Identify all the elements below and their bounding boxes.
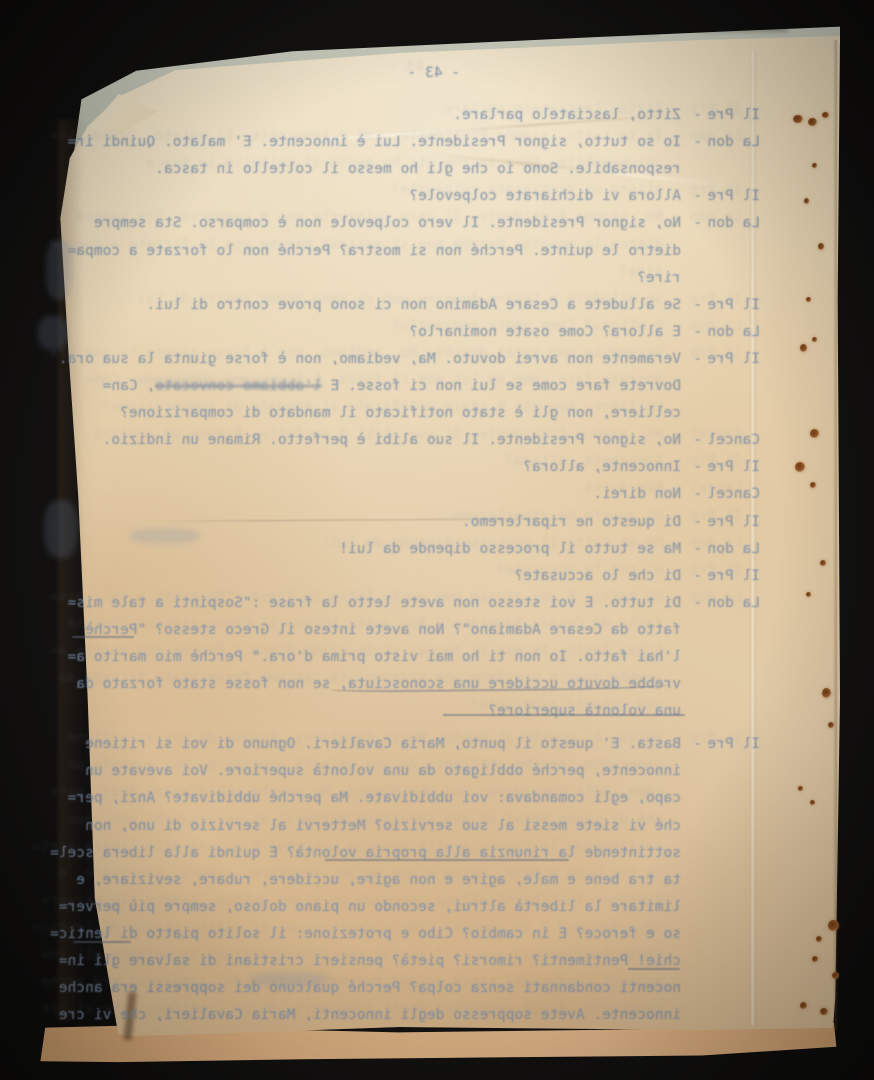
line-text: Ma se tutto il processo dipende da lui! <box>339 541 681 557</box>
line-text: Di questo ne riparleremo. <box>462 514 681 530</box>
speaker-separator: - <box>693 102 702 129</box>
dialogue-line: ché vi siete messi al suo servizio? Mett… <box>62 813 760 840</box>
rust-spot <box>800 1002 807 1009</box>
rust-spot <box>822 112 829 118</box>
dialogue-line: Il Pre-Innocente, allora? <box>62 454 760 481</box>
dialogue-line: Il Pre-Basta. E' questo il punto, Maria … <box>62 731 760 758</box>
rust-spot <box>806 592 811 597</box>
rust-spot <box>832 972 839 979</box>
line-text: innocente. Avete soppresso degli innocen… <box>59 1007 681 1023</box>
dialogue-line: sottintende la rinunzia alla propria vol… <box>62 840 760 867</box>
dialogue-line: rire? <box>62 265 760 292</box>
under-sheet-ink-smudge <box>578 27 658 34</box>
rust-spot <box>812 956 818 962</box>
line-text: so e feroce? E in cambio? Cibo e protezi… <box>50 926 681 942</box>
line-text: Basta. E' questo il punto, Maria Cavalie… <box>85 736 681 752</box>
rust-spot <box>816 936 822 942</box>
speaker-separator: - <box>693 210 702 237</box>
speaker-label: Il Pre <box>707 292 760 319</box>
line-text: Non direi. <box>593 486 681 502</box>
struck-out-text: l'abbiamo convocato <box>155 378 322 394</box>
dialogue-line: limitare la libertà altrui, secondo un p… <box>62 894 760 921</box>
rust-spot <box>798 786 803 791</box>
pencil-underline <box>443 714 685 716</box>
speaker-separator: - <box>693 454 702 481</box>
under-sheet-ink-smudge <box>698 25 788 32</box>
ink-smear <box>44 500 78 558</box>
dialogue-line: l'hai fatto. Io non ti ho mai visto prim… <box>62 644 760 671</box>
speaker-label: La don <box>707 536 760 563</box>
speaker-separator: - <box>693 563 702 590</box>
dialogue-line: Il Pre-Veramente non avrei dovuto. Ma, v… <box>62 346 760 373</box>
speaker-label: La don <box>707 129 760 156</box>
line-text: No, signor Presidente. Il vero colpevole… <box>94 215 681 231</box>
line-text: fatto da Cesare Adamiano"? Non avete int… <box>85 622 681 638</box>
dialogue-line: Dovrete fare come se lui non ci fosse. E… <box>62 373 760 400</box>
line-text: responsabile. Sono io che gli ho messo i… <box>155 161 681 177</box>
line-text: Io so tutto, signor Presidente. Lui è in… <box>68 134 681 150</box>
rust-spot <box>820 560 826 566</box>
rust-spot <box>818 243 824 250</box>
paper-edge-line <box>833 40 837 1030</box>
dialogue-line: La don-Di tutto. E voi stesso non avete … <box>62 590 760 617</box>
line-text: Di che lo accusate? <box>514 568 681 584</box>
line-text: Innocente, allora? <box>523 459 681 475</box>
dialogue-line: Cancel-Non direi. <box>62 481 760 508</box>
dialogue-line: capo, egli comandava: voi ubbidivate. Ma… <box>62 785 760 812</box>
line-text: E allora? Come osate nominarlo? <box>409 324 681 340</box>
rust-spot <box>828 920 839 931</box>
dialogue-line: fatto da Cesare Adamiano"? Non avete int… <box>62 617 760 644</box>
line-text: celliere, non gli è stato notificato il … <box>120 405 681 421</box>
speaker-label: Il Pre <box>707 183 760 210</box>
speaker-separator: - <box>693 183 702 210</box>
speaker-label: La don <box>707 319 760 346</box>
dialogue-line: Il Pre-Di che lo accusate? <box>62 563 760 590</box>
dialogue-line: responsabile. Sono io che gli ho messo i… <box>62 156 760 183</box>
line-text: dietro le quinte. Perché non si mostra? … <box>68 243 681 259</box>
line-text: capo, egli comandava: voi ubbidivate. Ma… <box>68 790 681 806</box>
dialogue-line: La don-Io so tutto, signor Presidente. L… <box>62 129 760 156</box>
dialogue-line: so e feroce? E in cambio? Cibo e protezi… <box>62 921 760 948</box>
rust-spot <box>810 482 816 488</box>
line-text: , Can= <box>103 378 156 394</box>
dialogue-line: La don-E allora? Come osate nominarlo? <box>62 319 760 346</box>
line-text: limitare la libertà altrui, secondo un p… <box>59 899 681 915</box>
line-text: ta tra bene e male, agire e non agire, u… <box>76 872 681 888</box>
speaker-label: Il Pre <box>707 454 760 481</box>
speaker-label: Cancel <box>707 427 760 454</box>
under-sheet-ink-smudge <box>418 29 528 37</box>
line-text: Veramente non avrei dovuto. Ma, vediamo,… <box>59 351 681 367</box>
speaker-separator: - <box>693 590 702 617</box>
rust-spot <box>822 688 831 698</box>
rust-spot <box>812 163 817 168</box>
rust-spot <box>828 722 834 728</box>
page-number: - 43 - <box>62 60 460 87</box>
dialogue-text-mirrored: - 43 - Il Pre-Zitto, lasciatelo parlare.… <box>62 60 760 1029</box>
dialogue-line: Il Pre-Zitto, lasciatelo parlare. <box>62 102 760 129</box>
pencil-underline <box>72 636 134 638</box>
ink-smear <box>250 972 330 986</box>
speaker-label: Il Pre <box>707 509 760 536</box>
line-text: una volontà superiore? <box>488 703 681 719</box>
line-text: innocente, perché obbligato da una volon… <box>85 763 681 779</box>
scanned-document-photo: - 43 - Il Pre-Zitto, lasciatelo parlare.… <box>0 0 874 1080</box>
rust-spot <box>806 297 811 302</box>
line-text: nocenti condannati senza colpa? Perché q… <box>59 980 681 996</box>
line-text: Dovrete fare come se lui non ci fosse. E <box>322 378 681 394</box>
line-text: ché vi siete messi al suo servizio? Mett… <box>85 818 681 834</box>
speaker-separator: - <box>693 536 702 563</box>
dialogue-line: innocente, perché obbligato da una volon… <box>62 758 760 785</box>
rust-spot <box>804 198 809 204</box>
speaker-separator: - <box>693 319 702 346</box>
dialogue-lines: Il Pre-Zitto, lasciatelo parlare.La don-… <box>62 102 760 1029</box>
ink-smear <box>46 240 72 300</box>
pencil-underline <box>325 859 569 861</box>
speaker-label: Il Pre <box>707 346 760 373</box>
ink-smear <box>38 316 68 350</box>
dialogue-line: innocente. Avete soppresso degli innocen… <box>62 1002 760 1029</box>
rust-spot <box>795 462 805 472</box>
speaker-separator: - <box>693 129 702 156</box>
dialogue-line: una volontà superiore? <box>62 698 760 725</box>
pencil-underline <box>628 968 680 970</box>
dialogue-line: dietro le quinte. Perché non si mostra? … <box>62 238 760 265</box>
under-sheet-ink-smudge <box>308 32 368 39</box>
pencil-underline <box>73 941 131 943</box>
rust-spot <box>793 115 803 123</box>
speaker-separator: - <box>693 731 702 758</box>
speaker-separator: - <box>693 292 702 319</box>
rust-spot <box>808 118 817 126</box>
rust-spot <box>820 1008 828 1015</box>
dialogue-line: chie! Pentimenti? rimorsi? pietà? pensie… <box>62 948 760 975</box>
ink-smear <box>130 528 200 544</box>
dialogue-line: Il Pre-Se alludete a Cesare Adamino non … <box>62 292 760 319</box>
speaker-label: La don <box>707 210 760 237</box>
speaker-label: La don <box>707 590 760 617</box>
line-text: rire? <box>637 270 681 286</box>
dialogue-line: La don-No, signor Presidente. Il vero co… <box>62 210 760 237</box>
line-text: Allora vi dichiarate colpevole? <box>409 188 681 204</box>
line-text: No, signor Presidente. Il suo alibi è pe… <box>103 432 681 448</box>
line-text: l'hai fatto. Io non ti ho mai visto prim… <box>68 649 681 665</box>
rust-spot <box>810 800 815 805</box>
dialogue-line: ta tra bene e male, agire e non agire, u… <box>62 867 760 894</box>
dialogue-line: Il Pre-Allora vi dichiarate colpevole? <box>62 183 760 210</box>
rust-spot <box>812 337 817 342</box>
speaker-separator: - <box>693 481 702 508</box>
dialogue-line: Cancel-No, signor Presidente. Il suo ali… <box>62 427 760 454</box>
speaker-label: Cancel <box>707 481 760 508</box>
speaker-separator: - <box>693 427 702 454</box>
speaker-label: Il Pre <box>707 102 760 129</box>
rust-spot <box>810 429 819 438</box>
line-text: Zitto, lasciatelo parlare. <box>453 107 681 123</box>
line-text: chie! Pentimenti? rimorsi? pietà? pensie… <box>59 953 681 969</box>
line-text: Di tutto. E voi stesso non avete letto l… <box>68 595 681 611</box>
line-text: Se alludete a Cesare Adamino non ci sono… <box>146 297 681 313</box>
speaker-label: Il Pre <box>707 731 760 758</box>
speaker-separator: - <box>693 509 702 536</box>
rust-spot <box>800 344 807 352</box>
speaker-label: Il Pre <box>707 563 760 590</box>
dialogue-line: celliere, non gli è stato notificato il … <box>62 400 760 427</box>
speaker-separator: - <box>693 346 702 373</box>
dialogue-line: nocenti condannati senza colpa? Perché q… <box>62 975 760 1002</box>
